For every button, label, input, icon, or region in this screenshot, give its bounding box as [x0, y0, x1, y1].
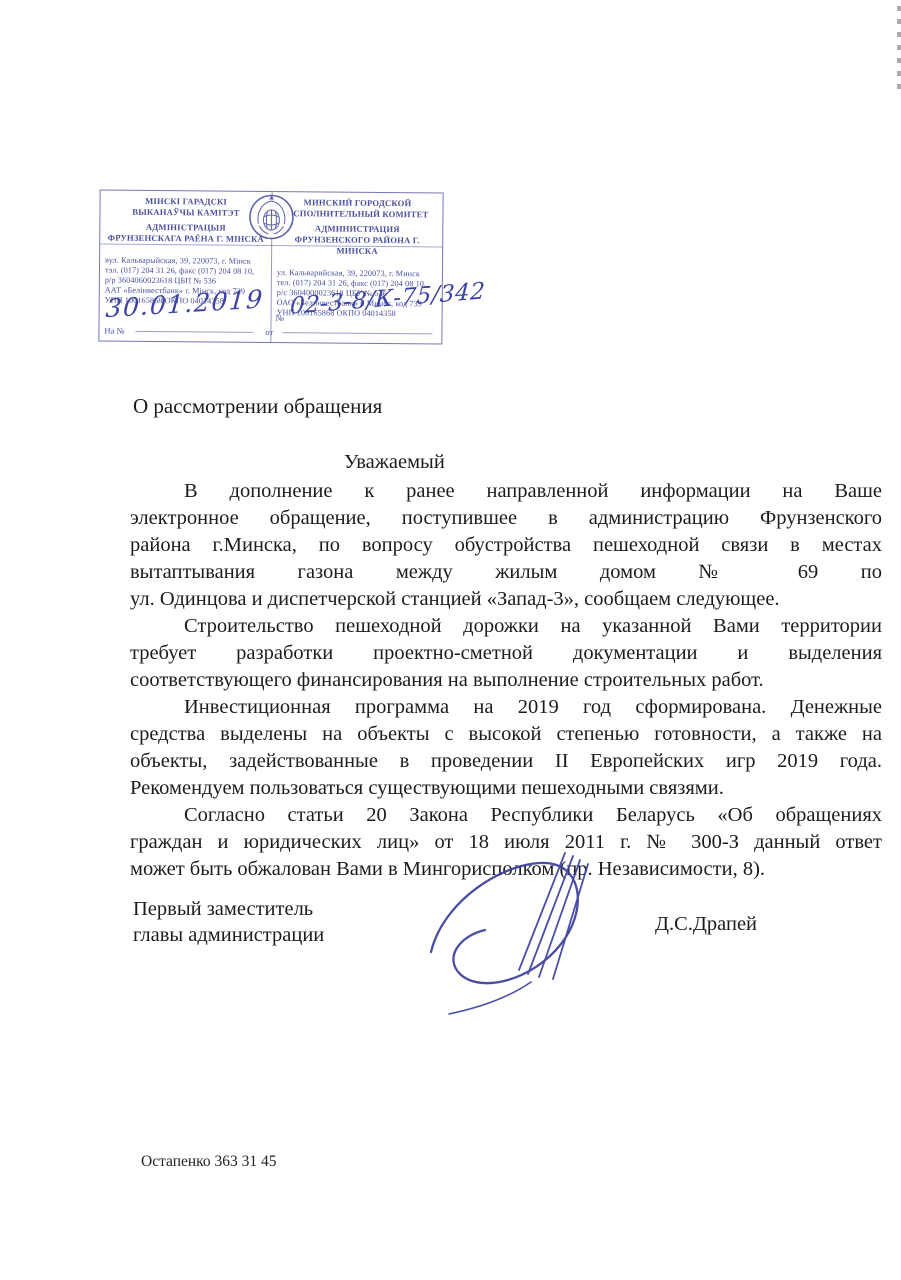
- letter-subject: О рассмотрении обращения: [133, 394, 382, 419]
- body-line: Согласно статьи 20 Закона Республики Бел…: [130, 802, 882, 829]
- signer-position: Первый заместитель главы администрации: [133, 896, 324, 948]
- signer-position-line: Первый заместитель: [133, 896, 324, 922]
- handwritten-signature-icon: [413, 850, 663, 1018]
- scanned-letter-page: МІНСКІ ГАРАДСКІ ВЫКАНАЎЧЫ КАМІТЭТ АДМІНІ…: [0, 0, 901, 1280]
- letterhead-stamp: МІНСКІ ГАРАДСКІ ВЫКАНАЎЧЫ КАМІТЭТ АДМІНІ…: [98, 190, 443, 345]
- body-line: Рекомендуем пользоваться существующими п…: [130, 775, 882, 802]
- org-name-line: ИСПОЛНИТЕЛЬНЫЙ КОМИТЕТ: [275, 208, 439, 220]
- reference-date-label: от: [265, 327, 273, 337]
- letterhead-column-russian: МИНСКИЙ ГОРОДСКОЙ ИСПОЛНИТЕЛЬНЫЙ КОМИТЕТ…: [270, 192, 442, 343]
- body-line: средства выделены на объекты с высокой с…: [130, 721, 882, 748]
- number-sign-label: №: [276, 313, 285, 323]
- body-line: соответствующего финансирования на выпол…: [130, 667, 882, 694]
- body-line: Инвестиционная программа на 2019 год сфо…: [130, 694, 882, 721]
- letter-body: В дополнение к ранее направленной информ…: [130, 478, 882, 883]
- body-line: ул. Одинцова и диспетчерской станцией «З…: [130, 586, 882, 613]
- body-line: Строительство пешеходной дорожки на указ…: [130, 613, 882, 640]
- org-name-line: ВЫКАНАЎЧЫ КАМІТЭТ: [103, 207, 268, 219]
- salutation: Уважаемый: [344, 451, 445, 474]
- body-line: вытаптывания газона между жилым домом № …: [130, 559, 882, 586]
- body-line: В дополнение к ранее направленной информ…: [130, 478, 882, 505]
- signer-position-line: главы администрации: [133, 922, 324, 948]
- scan-edge-artifact: [897, 6, 901, 94]
- body-line: электронное обращение, поступившее в адм…: [130, 505, 882, 532]
- signer-name: Д.С.Драпей: [655, 913, 757, 936]
- body-line: требует разработки проектно-сметной доку…: [130, 640, 882, 667]
- body-line: района г.Минска, по вопросу обустройства…: [130, 532, 882, 559]
- body-line: объекты, задействованные в проведении II…: [130, 748, 882, 775]
- reference-number-label: На №: [104, 326, 124, 336]
- state-emblem-stamp-icon: [248, 194, 294, 240]
- executor-contact: Остапенко 363 31 45: [141, 1153, 277, 1171]
